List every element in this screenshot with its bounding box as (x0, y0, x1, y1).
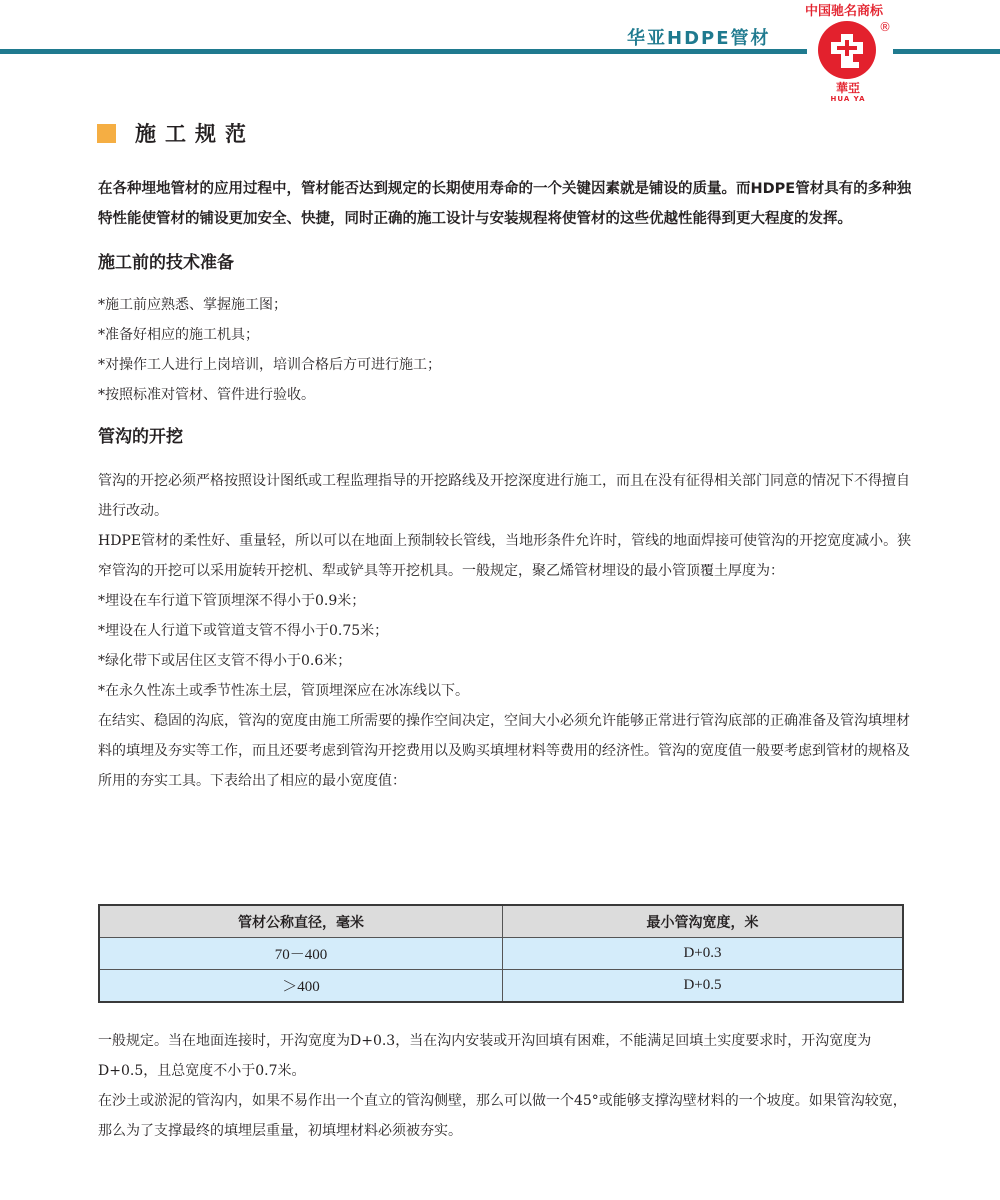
registered-mark: ® (879, 20, 891, 34)
prep-list: *施工前应熟悉、掌握施工图； *准备好相应的施工机具； *对操作工人进行上岗培训… (98, 290, 918, 410)
header-title: 华亚HDPE管材 (627, 24, 771, 50)
table-row: ＞400 D+0.5 (99, 970, 903, 1003)
table-header-row: 管材公称直径，毫米 最小管沟宽度，米 (99, 905, 903, 938)
after-paragraph: 在沙土或淤泥的管沟内，如果不易作出一个直立的管沟侧壁，那么可以做一个45°或能够… (98, 1086, 918, 1146)
trench-paragraph: 管沟的开挖必须严格按照设计图纸或工程监理指导的开挖路线及开挖深度进行施工，而且在… (98, 466, 918, 526)
table-header-cell: 最小管沟宽度，米 (503, 905, 904, 938)
header-rule-right (893, 49, 1000, 54)
table-cell: ＞400 (99, 970, 503, 1003)
prep-list-item: *施工前应熟悉、掌握施工图； (98, 290, 918, 320)
famous-trademark-label: 中国驰名商标 (805, 0, 883, 19)
prep-list-item: *按照标准对管材、管件进行验收。 (98, 380, 918, 410)
after-table-text: 一般规定。当在地面连接时，开沟宽度为D+0.3，当在沟内安装或开沟回填有困难，不… (98, 1026, 918, 1146)
trench-paragraph: 在结实、稳固的沟底，管沟的宽度由施工所需要的操作空间决定，空间大小必须允许能够正… (98, 706, 918, 796)
trench-depth-item: *在永久性冻土或季节性冻土层，管顶埋深应在冰冻线以下。 (98, 676, 918, 706)
after-paragraph: 一般规定。当在地面连接时，开沟宽度为D+0.3，当在沟内安装或开沟回填有困难，不… (98, 1026, 918, 1086)
prep-list-item: *准备好相应的施工机具； (98, 320, 918, 350)
content-body: 在各种埋地管材的应用过程中，管材能否达到规定的长期使用寿命的一个关键因素就是铺设… (98, 174, 918, 796)
section-bullet-square (97, 124, 116, 143)
table-row: 70－400 D+0.3 (99, 938, 903, 970)
logo-english-text: HUA YA (822, 95, 874, 103)
table-cell: D+0.3 (503, 938, 904, 970)
trench-heading: 管沟的开挖 (98, 424, 918, 450)
trench-width-table: 管材公称直径，毫米 最小管沟宽度，米 70－400 D+0.3 ＞400 D+0… (98, 904, 904, 1003)
trench-depth-item: *绿化带下或居住区支管不得小于0.6米； (98, 646, 918, 676)
section-title: 施工规范 (135, 118, 255, 148)
trench-depth-item: *埋设在车行道下管顶埋深不得小于0.9米； (98, 586, 918, 616)
trench-depth-item: *埋设在人行道下或管道支管不得小于0.75米； (98, 616, 918, 646)
prep-list-item: *对操作工人进行上岗培训，培训合格后方可进行施工； (98, 350, 918, 380)
huaya-logo-icon (817, 20, 877, 80)
table-cell: D+0.5 (503, 970, 904, 1003)
trench-paragraph: HDPE管材的柔性好、重量轻，所以可以在地面上预制较长管线，当地形条件允许时，管… (98, 526, 918, 586)
intro-paragraph: 在各种埋地管材的应用过程中，管材能否达到规定的长期使用寿命的一个关键因素就是铺设… (98, 174, 918, 234)
table-header-cell: 管材公称直径，毫米 (99, 905, 503, 938)
prep-heading: 施工前的技术准备 (98, 250, 918, 276)
logo-chinese-text: 華亞 (826, 82, 870, 94)
table-cell: 70－400 (99, 938, 503, 970)
